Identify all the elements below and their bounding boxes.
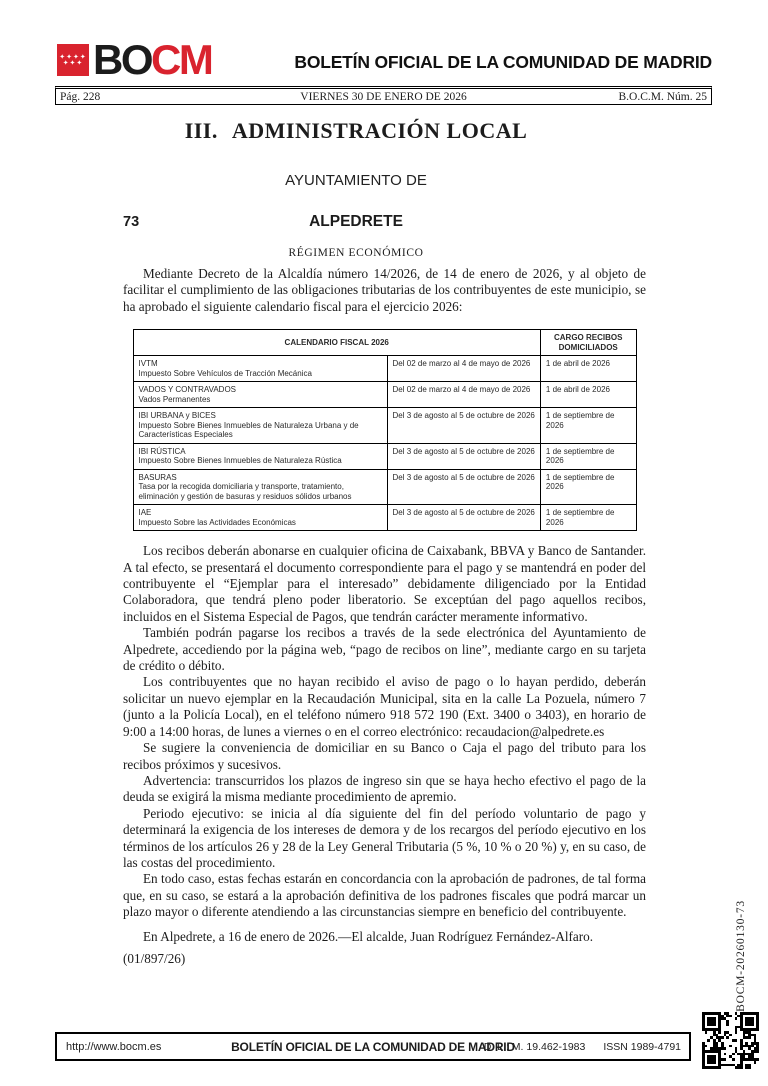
- tax-charge-date: 1 de septiembre de 2026: [540, 505, 636, 531]
- tax-period: Del 3 de agosto al 5 de octubre de 2026: [387, 408, 540, 444]
- paragraph: Periodo ejecutivo: se inicia al día sigu…: [123, 806, 646, 872]
- paragraph: En todo caso, estas fechas estarán en co…: [123, 871, 646, 920]
- subsection-heading: RÉGIMEN ECONÓMICO: [0, 247, 712, 259]
- tax-name: IVTM: [139, 359, 382, 369]
- tax-description: Tasa por la recogida domiciliaria y tran…: [139, 482, 382, 501]
- tax-period: Del 3 de agosto al 5 de octubre de 2026: [387, 443, 540, 469]
- document-id-vertical: BOCM-20260130-73: [735, 900, 747, 1012]
- tax-name: BASURAS: [139, 473, 382, 483]
- footer-issn: ISSN 1989-4791: [603, 1041, 681, 1053]
- table-row: IBI RÚSTICAImpuesto Sobre Bienes Inmuebl…: [133, 443, 636, 469]
- masthead-title: BOLETÍN OFICIAL DE LA COMUNIDAD DE MADRI…: [240, 52, 712, 73]
- bocm-page: { "header": { "logo_bo": "BO", "logo_cm"…: [0, 0, 768, 1086]
- tax-description: Impuesto Sobre Bienes Inmuebles de Natur…: [139, 421, 382, 440]
- logo-cm: CM: [151, 36, 211, 83]
- fiscal-calendar-table: CALENDARIO FISCAL 2026 CARGO RECIBOS DOM…: [133, 329, 637, 531]
- tax-name: IBI URBANA y BICES: [139, 411, 382, 421]
- bocm-logo-text: BOCM: [93, 44, 211, 76]
- qr-code: [702, 1012, 759, 1069]
- tax-period: Del 3 de agosto al 5 de octubre de 2026: [387, 505, 540, 531]
- tax-charge-date: 1 de abril de 2026: [540, 356, 636, 382]
- organism-heading: AYUNTAMIENTO DE: [0, 172, 712, 189]
- table-row: BASURASTasa por la recogida domiciliaria…: [133, 469, 636, 505]
- tax-name: IAE: [139, 508, 382, 518]
- tax-description: Vados Permanentes: [139, 395, 382, 405]
- section-number: III.: [185, 118, 218, 143]
- tax-charge-date: 1 de septiembre de 2026: [540, 469, 636, 505]
- document-body: Mediante Decreto de la Alcaldía número 1…: [123, 266, 646, 967]
- date-strip: Pág. 228 VIERNES 30 DE ENERO DE 2026 B.O…: [55, 86, 712, 105]
- flag-stars-row2: ✦✦✦: [63, 60, 84, 66]
- section-label: ADMINISTRACIÓN LOCAL: [232, 118, 527, 143]
- footer-legal: D. L.: M. 19.462-1983 ISSN 1989-4791: [484, 1041, 681, 1053]
- tax-charge-date: 1 de abril de 2026: [540, 382, 636, 408]
- tax-name: VADOS Y CONTRAVADOS: [139, 385, 382, 395]
- tax-charge-date: 1 de septiembre de 2026: [540, 443, 636, 469]
- tax-description: Impuesto Sobre Vehículos de Tracción Mec…: [139, 369, 382, 379]
- tax-period: Del 02 de marzo al 4 de mayo de 2026: [387, 382, 540, 408]
- footer-bar: http://www.bocm.es BOLETÍN OFICIAL DE LA…: [55, 1032, 691, 1061]
- table-header-cargo: CARGO RECIBOS DOMICILIADOS: [540, 330, 636, 356]
- signature-line: En Alpedrete, a 16 de enero de 2026.—El …: [123, 929, 646, 945]
- footer-url-link[interactable]: http://www.bocm.es: [66, 1041, 161, 1053]
- logo-bo: BO: [93, 36, 151, 83]
- municipality-heading: ALPEDRETE: [0, 213, 712, 231]
- tax-period: Del 3 de agosto al 5 de octubre de 2026: [387, 469, 540, 505]
- reference-code: (01/897/26): [123, 951, 646, 967]
- table-row: IBI URBANA y BICESImpuesto Sobre Bienes …: [133, 408, 636, 444]
- paragraph: También podrán pagarse los recibos a tra…: [123, 625, 646, 674]
- section-title: III.ADMINISTRACIÓN LOCAL: [0, 118, 712, 144]
- tax-name: IBI RÚSTICA: [139, 447, 382, 457]
- issue-number: B.O.C.M. Núm. 25: [619, 91, 708, 103]
- table-row: IAEImpuesto Sobre las Actividades Económ…: [133, 505, 636, 531]
- tax-description: Impuesto Sobre las Actividades Económica…: [139, 518, 382, 528]
- issue-date: VIERNES 30 DE ENERO DE 2026: [56, 91, 711, 103]
- footer-deposit: D. L.: M. 19.462-1983: [484, 1041, 586, 1053]
- page-number: Pág. 228: [60, 91, 100, 103]
- paragraph: Los recibos deberán abonarse en cualquie…: [123, 543, 646, 625]
- tax-description: Impuesto Sobre Bienes Inmuebles de Natur…: [139, 456, 382, 466]
- tax-charge-date: 1 de septiembre de 2026: [540, 408, 636, 444]
- paragraph: Los contribuyentes que no hayan recibido…: [123, 674, 646, 740]
- table-row: VADOS Y CONTRAVADOSVados Permanentes Del…: [133, 382, 636, 408]
- tax-period: Del 02 de marzo al 4 de mayo de 2026: [387, 356, 540, 382]
- table-header-row: CALENDARIO FISCAL 2026 CARGO RECIBOS DOM…: [133, 330, 636, 356]
- paragraph-intro: Mediante Decreto de la Alcaldía número 1…: [123, 266, 646, 315]
- table-header-calendar: CALENDARIO FISCAL 2026: [133, 330, 540, 356]
- paragraph: Advertencia: transcurridos los plazos de…: [123, 773, 646, 806]
- bocm-logo: ✦✦✦✦ ✦✦✦ BOCM: [57, 44, 211, 76]
- paragraph: Se sugiere la conveniencia de domiciliar…: [123, 740, 646, 773]
- madrid-flag-icon: ✦✦✦✦ ✦✦✦: [57, 44, 89, 76]
- table-row: IVTMImpuesto Sobre Vehículos de Tracción…: [133, 356, 636, 382]
